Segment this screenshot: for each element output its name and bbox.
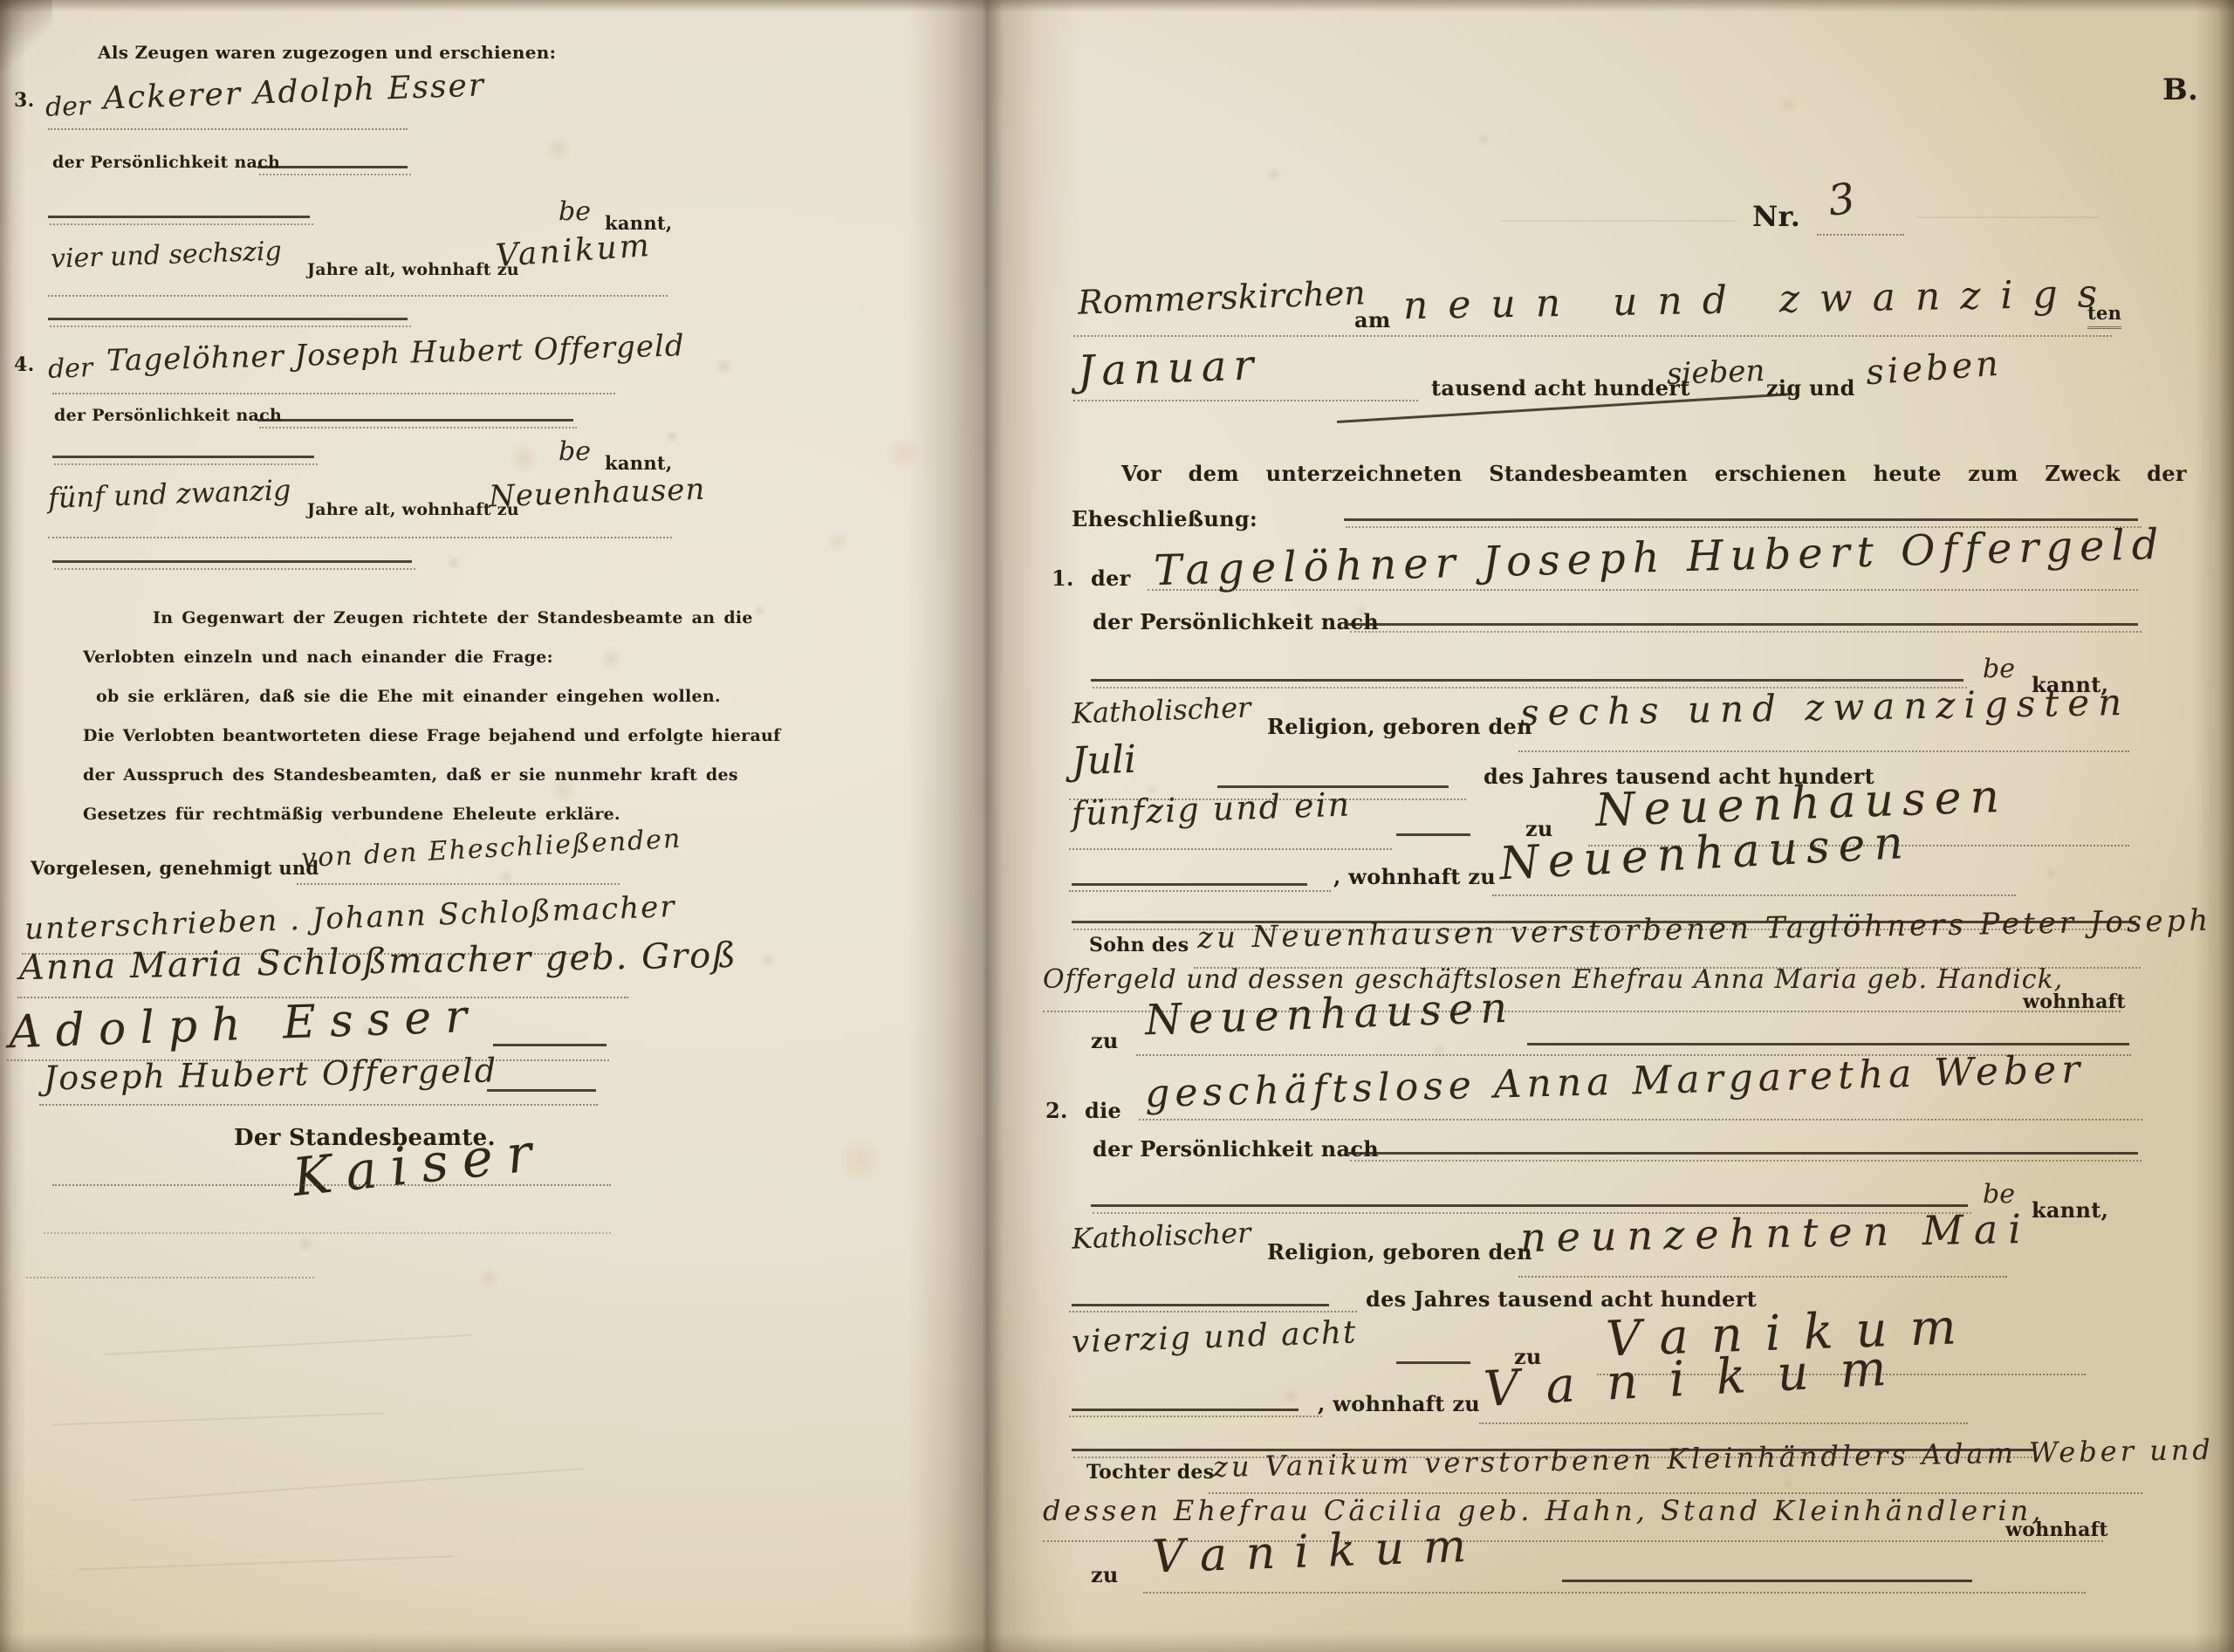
filler-dash (1396, 1361, 1470, 1364)
groom-article: der (1091, 566, 1131, 592)
bride-resident-label: , wohnhaft zu (1318, 1391, 1480, 1417)
rule-dotted (1069, 890, 1331, 892)
groom-son-of-label: Sohn des (1089, 934, 1189, 958)
registry-book-spread: Als Zeugen waren zugezogen und erschiene… (0, 0, 2234, 1652)
rule-field (1091, 679, 1963, 682)
rule-field (52, 560, 412, 563)
rule-dotted (52, 393, 615, 394)
rule-field (1344, 518, 2138, 521)
page-corner-label: B. (2162, 72, 2198, 109)
marriage-label: Eheschließung: (1072, 506, 1257, 532)
witness3-article-handwritten: der (45, 93, 90, 121)
zig-und-label: zig und (1766, 375, 1855, 401)
rule-field (48, 216, 310, 218)
place-handwritten: Rommerskirchen (1077, 276, 1366, 319)
groom-known-handwritten: be (1983, 656, 2015, 682)
month-handwritten: Januar (1077, 344, 1261, 392)
bleed-through-mark (132, 1468, 585, 1501)
read-approved-label: Vorgelesen, genehmigt und (31, 857, 319, 880)
witness4-age-handwritten: fünf und zwanzig (48, 476, 291, 512)
filler-dash (1072, 1409, 1299, 1411)
rule-field (1348, 623, 2138, 626)
declaration-line: In Gegenwart der Zeugen richtete der Sta… (153, 608, 753, 629)
rule-dotted (1069, 1311, 1357, 1313)
groom-parents-line2-handwritten: Offergeld und dessen geschäftslosen Ehef… (1043, 967, 2063, 993)
filler-dash (1072, 883, 1307, 886)
rule-dotted (1479, 1422, 1968, 1424)
bleed-through-mark (79, 1555, 454, 1570)
filler-dash (1072, 1304, 1329, 1306)
bride-identity-label: der Persönlichkeit nach (1093, 1136, 1379, 1162)
rule-field (1091, 1204, 1968, 1207)
signature-adolph-esser: Adolph Esser (8, 994, 482, 1056)
intro-line: Vor dem unterzeichneten Standesbeamten e… (1121, 461, 2187, 487)
groom-religion-handwritten: Katholischer (1072, 693, 1251, 727)
witness3-name-handwritten: Ackerer Adolph Esser (103, 70, 486, 114)
declaration-line: Gesetzes für rechtmäßig verbundene Ehele… (83, 805, 620, 826)
signature-underwritten-handwritten: unterschrieben . Johann Schloßmacher (24, 892, 676, 944)
bride-birthday-handwritten: neunzehnten Mai (1520, 1209, 2032, 1258)
bride-parents-resident-label: wohnhaft (2005, 1518, 2108, 1543)
witness3-residence-handwritten: Vanikum (495, 230, 653, 272)
day-handwritten: neun und zwanzigs (1403, 275, 2118, 326)
rule-dotted (1069, 848, 1392, 850)
rule-dotted (1148, 589, 2138, 591)
rule-dotted (48, 128, 408, 130)
rule-field (257, 166, 408, 168)
groom-identity-label: der Persönlichkeit nach (1093, 609, 1379, 635)
groom-parents-line1-handwritten: zu Neuenhausen verstorbenen Taglöhners P… (1197, 906, 2212, 953)
bride-name-handwritten: geschäftslose Anna Margaretha Weber (1145, 1051, 2086, 1114)
witness4-number: 4. (14, 353, 35, 378)
bride-daughter-of-label: Tochter des (1086, 1461, 1214, 1485)
ten-suffix-label: ten (2087, 302, 2121, 329)
declaration-line: Die Verlobten beantworteten diese Frage … (83, 726, 781, 747)
bleed-through-mark (105, 1334, 471, 1355)
signature-dash (493, 1044, 606, 1046)
rule-dotted (44, 1232, 611, 1234)
groom-religion-label: Religion, geboren den (1267, 714, 1532, 740)
signature-joseph-offergeld: Joseph Hubert Offergeld (44, 1053, 498, 1094)
bride-known-handwritten: be (1983, 1182, 2015, 1208)
bride-parents-zu-label: zu (1091, 1562, 1119, 1588)
bride-birthyear-handwritten: vierzig und acht (1071, 1317, 1358, 1358)
groom-birthmonth-handwritten: Juli (1071, 741, 1137, 782)
bride-known-label: kannt, (2032, 1197, 2108, 1224)
rule-dotted (39, 1104, 598, 1106)
witness3-known-handwritten: be (558, 199, 591, 225)
rule-field (1348, 1152, 2138, 1155)
declaration-line: Verlobten einzeln und nach einander die … (83, 648, 553, 668)
witness-section-heading: Als Zeugen waren zugezogen und erschiene… (98, 42, 556, 64)
groom-birthyear-handwritten: fünfzig und ein (1071, 787, 1351, 830)
rule-field (48, 318, 408, 320)
groom-birthday-handwritten: sechs und zwanzigsten (1520, 684, 2131, 731)
groom-number: 1. (1052, 566, 1074, 592)
witness3-identity-label: der Persönlichkeit nach (52, 153, 280, 174)
witness4-known-handwritten: be (558, 439, 591, 465)
rule-dotted (26, 1277, 314, 1278)
bride-article: die (1085, 1098, 1121, 1124)
rule-dotted (48, 295, 668, 297)
record-number-label: Nr. (1752, 199, 1800, 234)
witness3-number: 3. (14, 89, 35, 113)
witness4-identity-label: der Persönlichkeit nach (54, 406, 282, 427)
rule-dotted (1143, 1592, 2086, 1594)
groom-resident-label: , wohnhaft zu (1333, 864, 1496, 890)
bleed-through-mark (1915, 216, 2099, 218)
rule-dotted (52, 1184, 611, 1186)
witness4-name-handwritten: Tagelöhner Joseph Hubert Offergeld (106, 331, 685, 375)
bride-parents-line1-handwritten: zu Vanikum verstorbenen Kleinhändlers Ad… (1213, 1436, 2214, 1481)
thousand-label: tausend acht hundert (1431, 375, 1690, 401)
witness4-residence-handwritten: Neuenhausen (488, 475, 705, 512)
year-ones-handwritten: sieben (1865, 346, 2003, 391)
page-corner-shadow (0, 0, 52, 70)
rule-dotted (1492, 895, 2016, 896)
rule-dotted (1817, 234, 1904, 236)
groom-parents-residence-handwritten: Neuenhausen (1144, 987, 1514, 1042)
bride-residence-handwritten: Vanikum (1483, 1343, 1919, 1415)
signature-dash (487, 1089, 596, 1092)
filler-dash (1396, 833, 1470, 836)
bleed-through-mark (1501, 220, 1737, 222)
rule-dotted (1139, 1119, 2142, 1121)
rule-field (52, 456, 314, 458)
signature-intro-handwritten: von den Eheschließenden (301, 826, 682, 873)
declaration-line: ob sie erklären, daß sie die Ehe mit ein… (96, 687, 721, 708)
declaration-line: der Ausspruch des Standesbeamten, daß er… (83, 765, 738, 786)
rule-dotted (1518, 751, 2129, 752)
groom-residence-handwritten: Neuenhausen (1498, 820, 1913, 888)
rule-dotted (1518, 1276, 2007, 1278)
bride-parents-residence-handwritten: Vanikum (1151, 1523, 1486, 1580)
witness4-age-label: Jahre alt, wohnhaft zu (307, 500, 519, 521)
am-label: am (1354, 307, 1391, 333)
filler-dash (1527, 1043, 2129, 1045)
rule-dotted (297, 883, 620, 885)
bleed-through-mark (52, 1412, 384, 1425)
rule-dotted (1069, 1416, 1322, 1417)
record-number-value: 3 (1826, 177, 1858, 223)
rule-dotted (1073, 400, 1418, 401)
bride-number: 2. (1045, 1098, 1068, 1124)
filler-dash (1562, 1580, 1972, 1582)
witness4-article-handwritten: der (47, 355, 93, 383)
groom-parents-zu-label: zu (1091, 1028, 1119, 1054)
groom-name-handwritten: Tagelöhner Joseph Hubert Offergeld (1154, 524, 2167, 592)
rule-dotted (48, 537, 672, 538)
year-tens-handwritten: sieben (1666, 356, 1765, 389)
bride-religion-label: Religion, geboren den (1267, 1239, 1532, 1265)
witness4-known-label: kannt, (605, 452, 673, 475)
bride-parents-line2-handwritten: dessen Ehefrau Cäcilia geb. Hahn, Stand … (1043, 1497, 2044, 1525)
witness3-age-label: Jahre alt, wohnhaft zu (307, 260, 519, 281)
bride-religion-handwritten: Katholischer (1072, 1218, 1251, 1252)
witness3-age-handwritten: vier und sechszig (51, 238, 283, 272)
rule-dotted (1073, 335, 2112, 337)
signature-anna-maria: Anna Maria Schloßmacher geb. Groß (19, 938, 738, 985)
rule-field (257, 419, 573, 422)
